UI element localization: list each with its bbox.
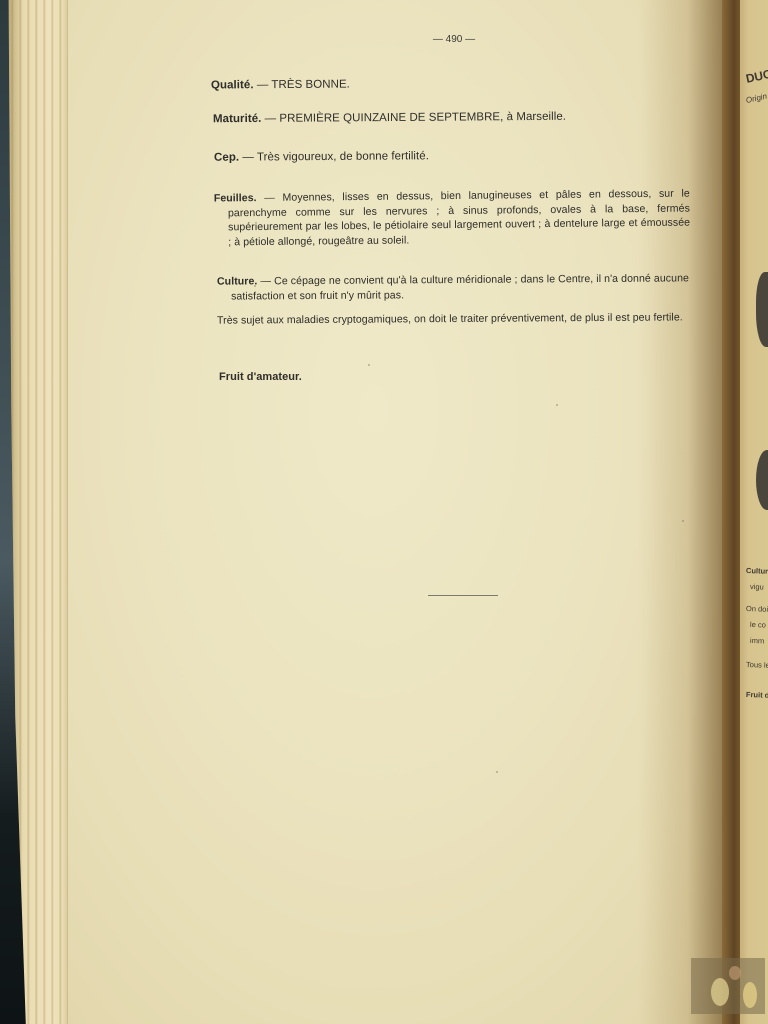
entry-text: — Très vigoureux, de bonne fertilité. — [239, 150, 429, 163]
entry-text: — Moyennes, lisses en dessus, bien lanug… — [228, 188, 690, 248]
entry-text: — Ce cépage ne convient qu'à la culture … — [231, 272, 689, 302]
entry-label: Qualité. — [211, 79, 254, 91]
entry-text: Très sujet aux maladies cryptogamiques, … — [217, 310, 689, 328]
entry-maladies: Très sujet aux maladies cryptogamiques, … — [217, 310, 689, 328]
entry-qualite: Qualité. — TRÈS BONNE. — [211, 78, 350, 94]
entry-fruit: Fruit d'amateur. — [219, 370, 302, 385]
entry-label: Maturité. — [213, 113, 261, 125]
entry-feuilles: Feuilles. — Moyennes, lisses en dessus, … — [214, 187, 691, 250]
entry-maturite: Maturité. — PREMIÈRE QUINZAINE DE SEPTEM… — [213, 110, 566, 127]
entry-label: Cep. — [214, 152, 239, 164]
entry-cep: Cep. — Très vigoureux, de bonne fertilit… — [214, 149, 429, 166]
section-divider — [428, 595, 498, 596]
page-text: — 490 — Qualité. — TRÈS BONNE. Maturité.… — [0, 0, 768, 1024]
entry-culture: Culture. — Ce cépage ne convient qu'à la… — [217, 271, 689, 303]
entry-text: — PREMIÈRE QUINZAINE DE SEPTEMBRE, à Mar… — [261, 111, 566, 125]
paper-speck — [496, 771, 498, 773]
thumbnail-shape — [711, 978, 729, 1006]
page-number: — 490 — — [420, 34, 488, 45]
thumbnail-shape — [743, 982, 757, 1008]
entry-label: Culture. — [217, 275, 258, 287]
paper-speck — [682, 520, 684, 522]
paper-speck — [556, 404, 558, 406]
thumbnail-shape — [729, 966, 741, 980]
camera-thumbnail — [691, 958, 765, 1014]
entry-label: Feuilles. — [214, 192, 257, 204]
paper-speck — [254, 285, 256, 287]
entry-text: — TRÈS BONNE. — [254, 79, 350, 92]
paper-speck — [368, 364, 370, 366]
book-photo: DUC Origin Cultur vigu On doi le co imm … — [0, 0, 768, 1024]
